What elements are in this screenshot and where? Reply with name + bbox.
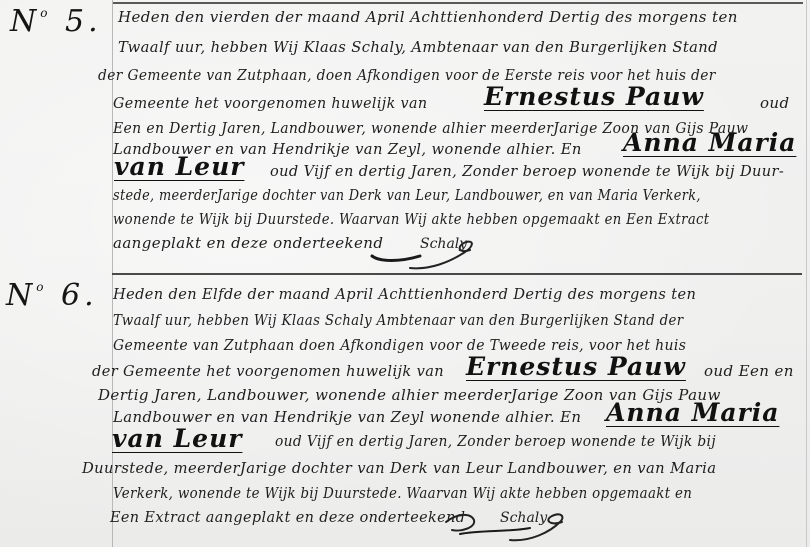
entry-number-value: 5. [65,4,102,39]
entry-separator-line [112,273,802,275]
entry-line-text: Gemeente het voorgenomen huwelijk van [113,94,427,112]
bride-surname: van Leur [114,152,244,181]
groom-name-suffix: oud [760,94,790,112]
entry-line: aangeplakt en deze onderteekend [113,234,383,252]
entry-line: Een Extract aangeplakt en deze onderteek… [110,508,465,526]
entry-number-prefix: N [6,278,36,313]
entry-line: wonende te Wijk bij Duurstede. Waarvan W… [113,210,709,228]
bride-first-names: Anna Maria [606,398,779,427]
entry-line: Heden den vierden der maand April Achtti… [118,8,738,26]
groom-name-suffix: oud Een en [704,362,794,380]
groom-name: Ernestus Pauw [466,352,686,381]
entry-number-sup: o [36,280,47,294]
entry-number-prefix: N [10,4,40,39]
entry-number: No 6. [6,278,98,313]
entry-line: Twaalf uur, hebben Wij Klaas Schaly, Amb… [118,38,718,56]
entry-line: stede, meerderJarige dochter van Derk va… [113,186,701,204]
entry-line: Verkerk, wonende te Wijk bij Duurstede. … [113,484,692,502]
entry-line: Twaalf uur, hebben Wij Klaas Schaly Ambt… [113,311,684,329]
signature-flourish-icon [440,500,570,544]
entry-line: Duurstede, meerderJarige dochter van Der… [82,459,716,477]
top-rule-line [113,2,803,4]
entry-line: Heden den Elfde der maand April Achttien… [113,285,696,303]
bride-surname: van Leur [112,424,242,453]
entry-number-value: 6. [61,278,98,313]
entry-line: oud Vijf en dertig Jaren, Zonder beroep … [270,162,784,180]
entry-line-text: der Gemeente het voorgenomen huwelijk va… [92,362,444,380]
entry-line: der Gemeente het voorgenomen huwelijk va… [92,362,455,380]
register-page: No 5. Heden den vierden der maand April … [0,0,810,547]
signature-flourish-icon [370,228,480,272]
entry-number-sup: o [40,6,51,20]
bride-first-names: Anna Maria [623,128,796,157]
entry-line: Gemeente het voorgenomen huwelijk van [113,94,444,112]
groom-name: Ernestus Pauw [484,82,704,111]
right-edge-line [806,0,807,547]
entry-line: oud Vijf en dertig Jaren, Zonder beroep … [275,432,716,450]
entry-number: No 5. [10,4,102,39]
